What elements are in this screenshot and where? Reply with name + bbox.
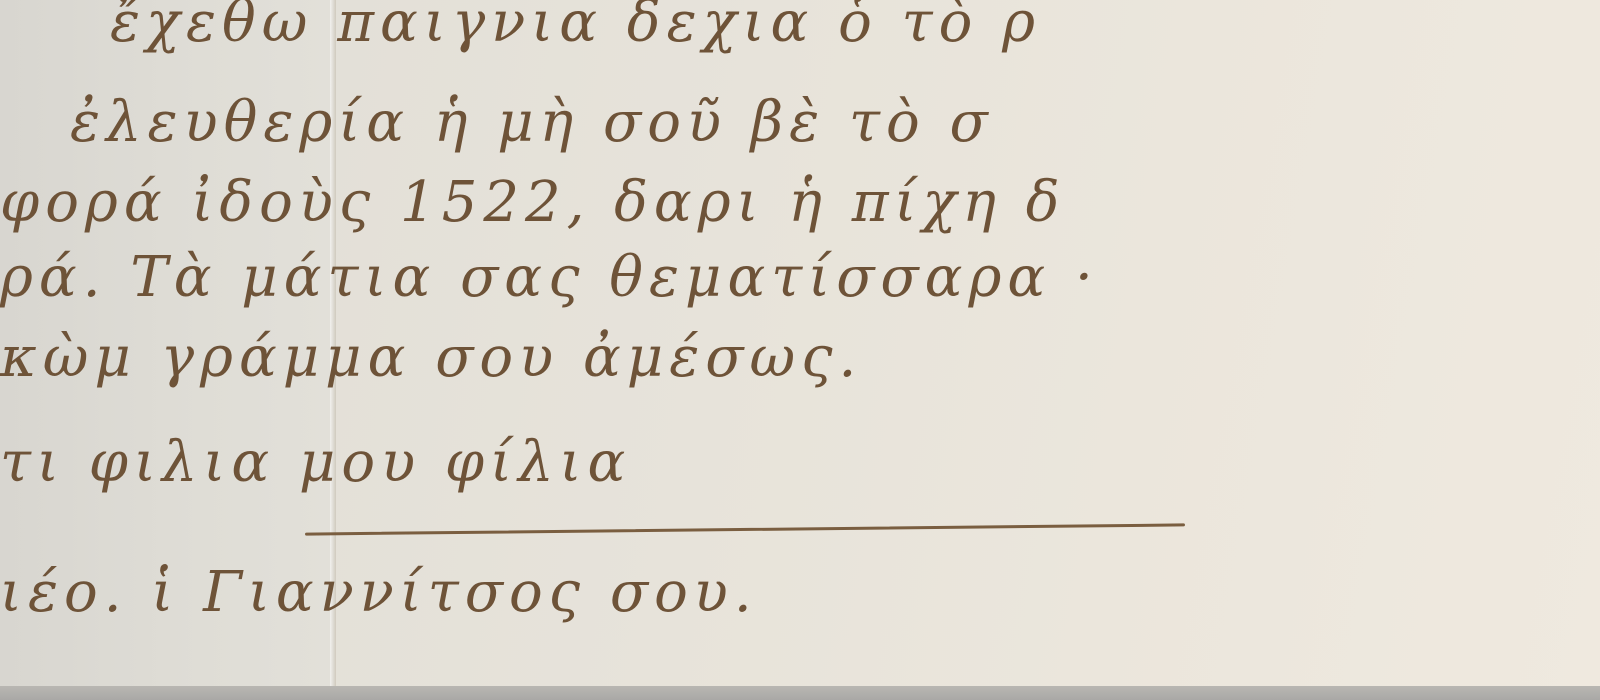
- paper-bottom-edge: [0, 686, 1600, 700]
- handwritten-line-4: ρά. Τὰ μάτια σας θεματίσσαρα ·: [0, 245, 1099, 310]
- signature-underline: [305, 523, 1185, 535]
- handwritten-line-5: κὼμ γράμμα σου ἀμέσως.: [0, 325, 862, 390]
- handwritten-line-1: ἔχεθω παιγνια δεχια ὁ τὸ ρ: [110, 0, 1041, 55]
- handwritten-line-2: ἐλευθερία ἡ μὴ σοῦ βὲ τὸ σ: [70, 90, 994, 155]
- handwritten-line-3: φορά ἰδοὺς 1522, δαρι ἡ πίχη δ: [0, 170, 1066, 235]
- closing-line: τι φιλια μου φίλια: [0, 430, 631, 495]
- signature-line: ιέο. ἱ Γιαννίτσος σου.: [0, 560, 758, 625]
- letter-page: ἔχεθω παιγνια δεχια ὁ τὸ ρ ἐλευθερία ἡ μ…: [0, 0, 1600, 700]
